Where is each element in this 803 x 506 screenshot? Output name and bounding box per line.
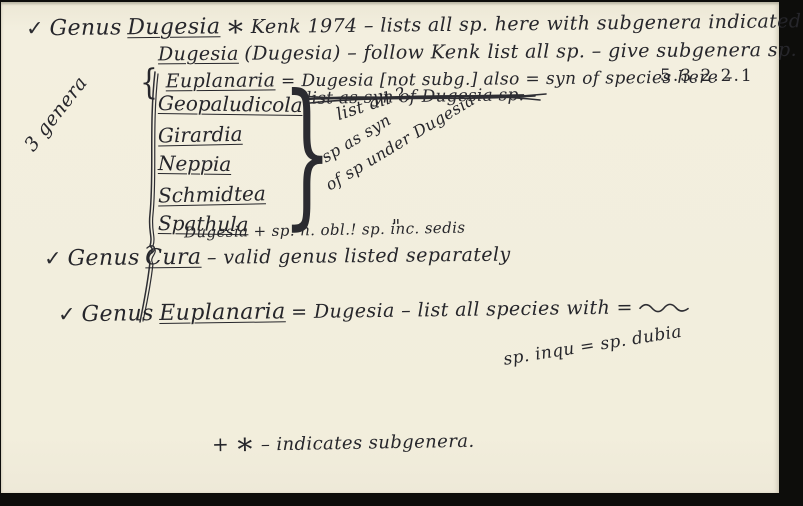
catalog-number: 5.3.2.2.1: [660, 66, 754, 86]
line-note: Kenk 1974 – lists all sp. here with subg…: [251, 10, 803, 38]
name-dugesia: Dugesia: [158, 43, 239, 66]
star-icon: *: [235, 433, 255, 468]
genus-prefix: Genus: [49, 15, 121, 41]
genus-name-dugesia: Dugesia: [127, 14, 220, 40]
line-genus-cura: ✓ Genus Cura – valid genus listed separa…: [44, 242, 511, 272]
genus-name-euplanaria: Euplanaria: [159, 299, 286, 326]
genera-list: Geopaludicola Girardia Neppia Schmidtea …: [158, 92, 303, 236]
name-euplanaria: Euplanaria: [166, 69, 276, 92]
genus-prefix: Genus: [67, 245, 139, 271]
footnote-text: – indicates subgenera.: [261, 431, 475, 456]
line-note: – valid genus listed separately: [207, 244, 511, 269]
line-note: = Dugesia – list all species with =: [291, 296, 633, 323]
checkmark-icon: ✓: [44, 246, 62, 270]
genus-prefix: Genus: [81, 301, 154, 327]
wavy-line-mark: [638, 300, 692, 315]
genus-name-cura: Cura: [145, 245, 202, 271]
plus-icon: +: [212, 432, 230, 456]
checkmark-icon: ✓: [58, 302, 76, 326]
checkmark-icon: ✓: [26, 16, 44, 40]
footnote-subgenera: + * – indicates subgenera.: [212, 428, 475, 457]
notecard-scan: ✓ Genus Dugesia * Kenk 1974 – lists all …: [0, 0, 803, 506]
ditto-mark: ": [392, 216, 401, 237]
